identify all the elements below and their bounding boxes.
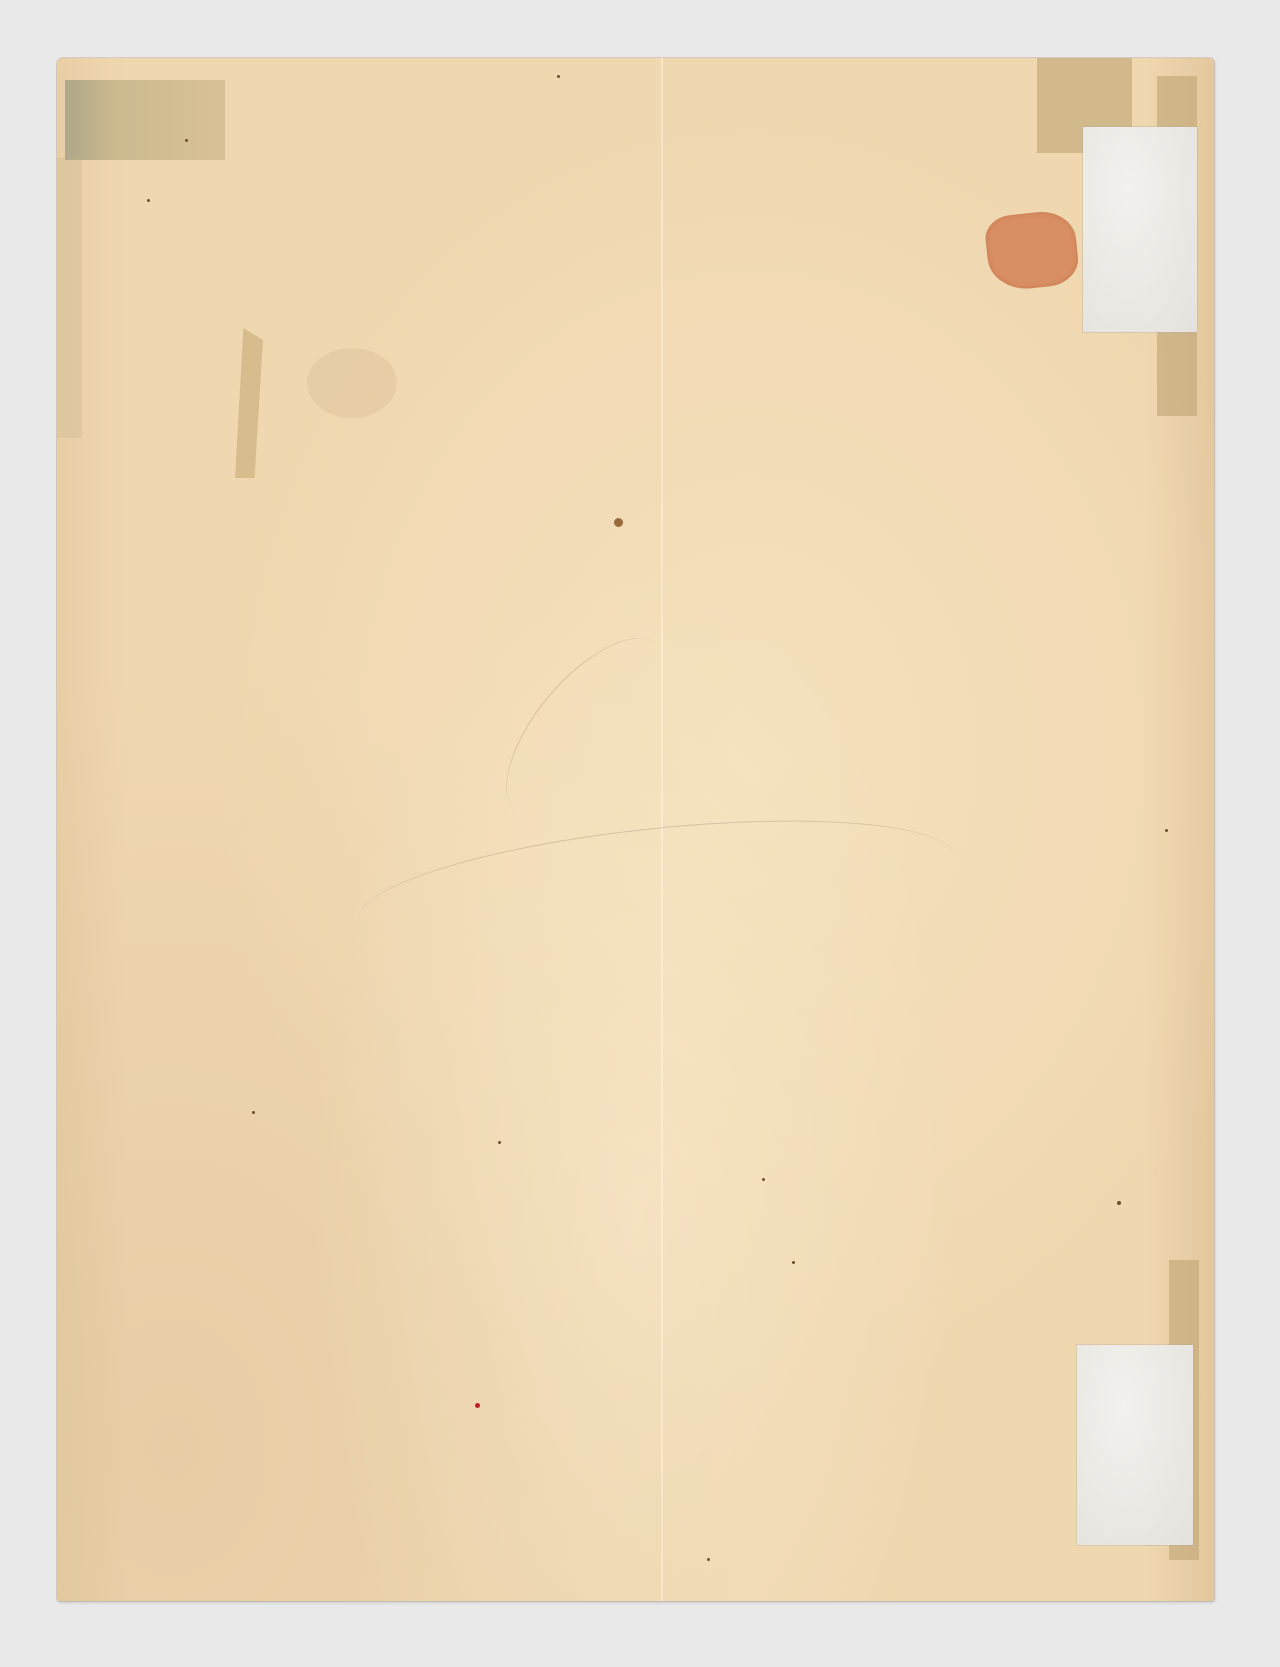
speck (1117, 1201, 1121, 1205)
red-paper-remnant (983, 209, 1080, 293)
speck (762, 1178, 765, 1181)
paper-hinge-top-right (1083, 127, 1197, 332)
speck (252, 1111, 255, 1114)
speck (792, 1261, 795, 1264)
speck (498, 1141, 501, 1144)
card-back (57, 58, 1214, 1601)
foxing-spot (614, 518, 623, 527)
tape-left-edge-stain (57, 158, 82, 438)
paper-hinge-bottom-right (1077, 1345, 1193, 1545)
speck (707, 1558, 710, 1561)
red-speck (475, 1403, 480, 1408)
tape-top-left (65, 80, 225, 160)
stain-cluster (307, 348, 397, 418)
pencil-sketch-line (478, 612, 697, 845)
speck (147, 199, 150, 202)
pencil-sketch-arc (352, 797, 961, 980)
speck (1165, 829, 1168, 832)
speck (185, 139, 188, 142)
speck (557, 75, 560, 78)
water-stain-left (235, 328, 263, 478)
